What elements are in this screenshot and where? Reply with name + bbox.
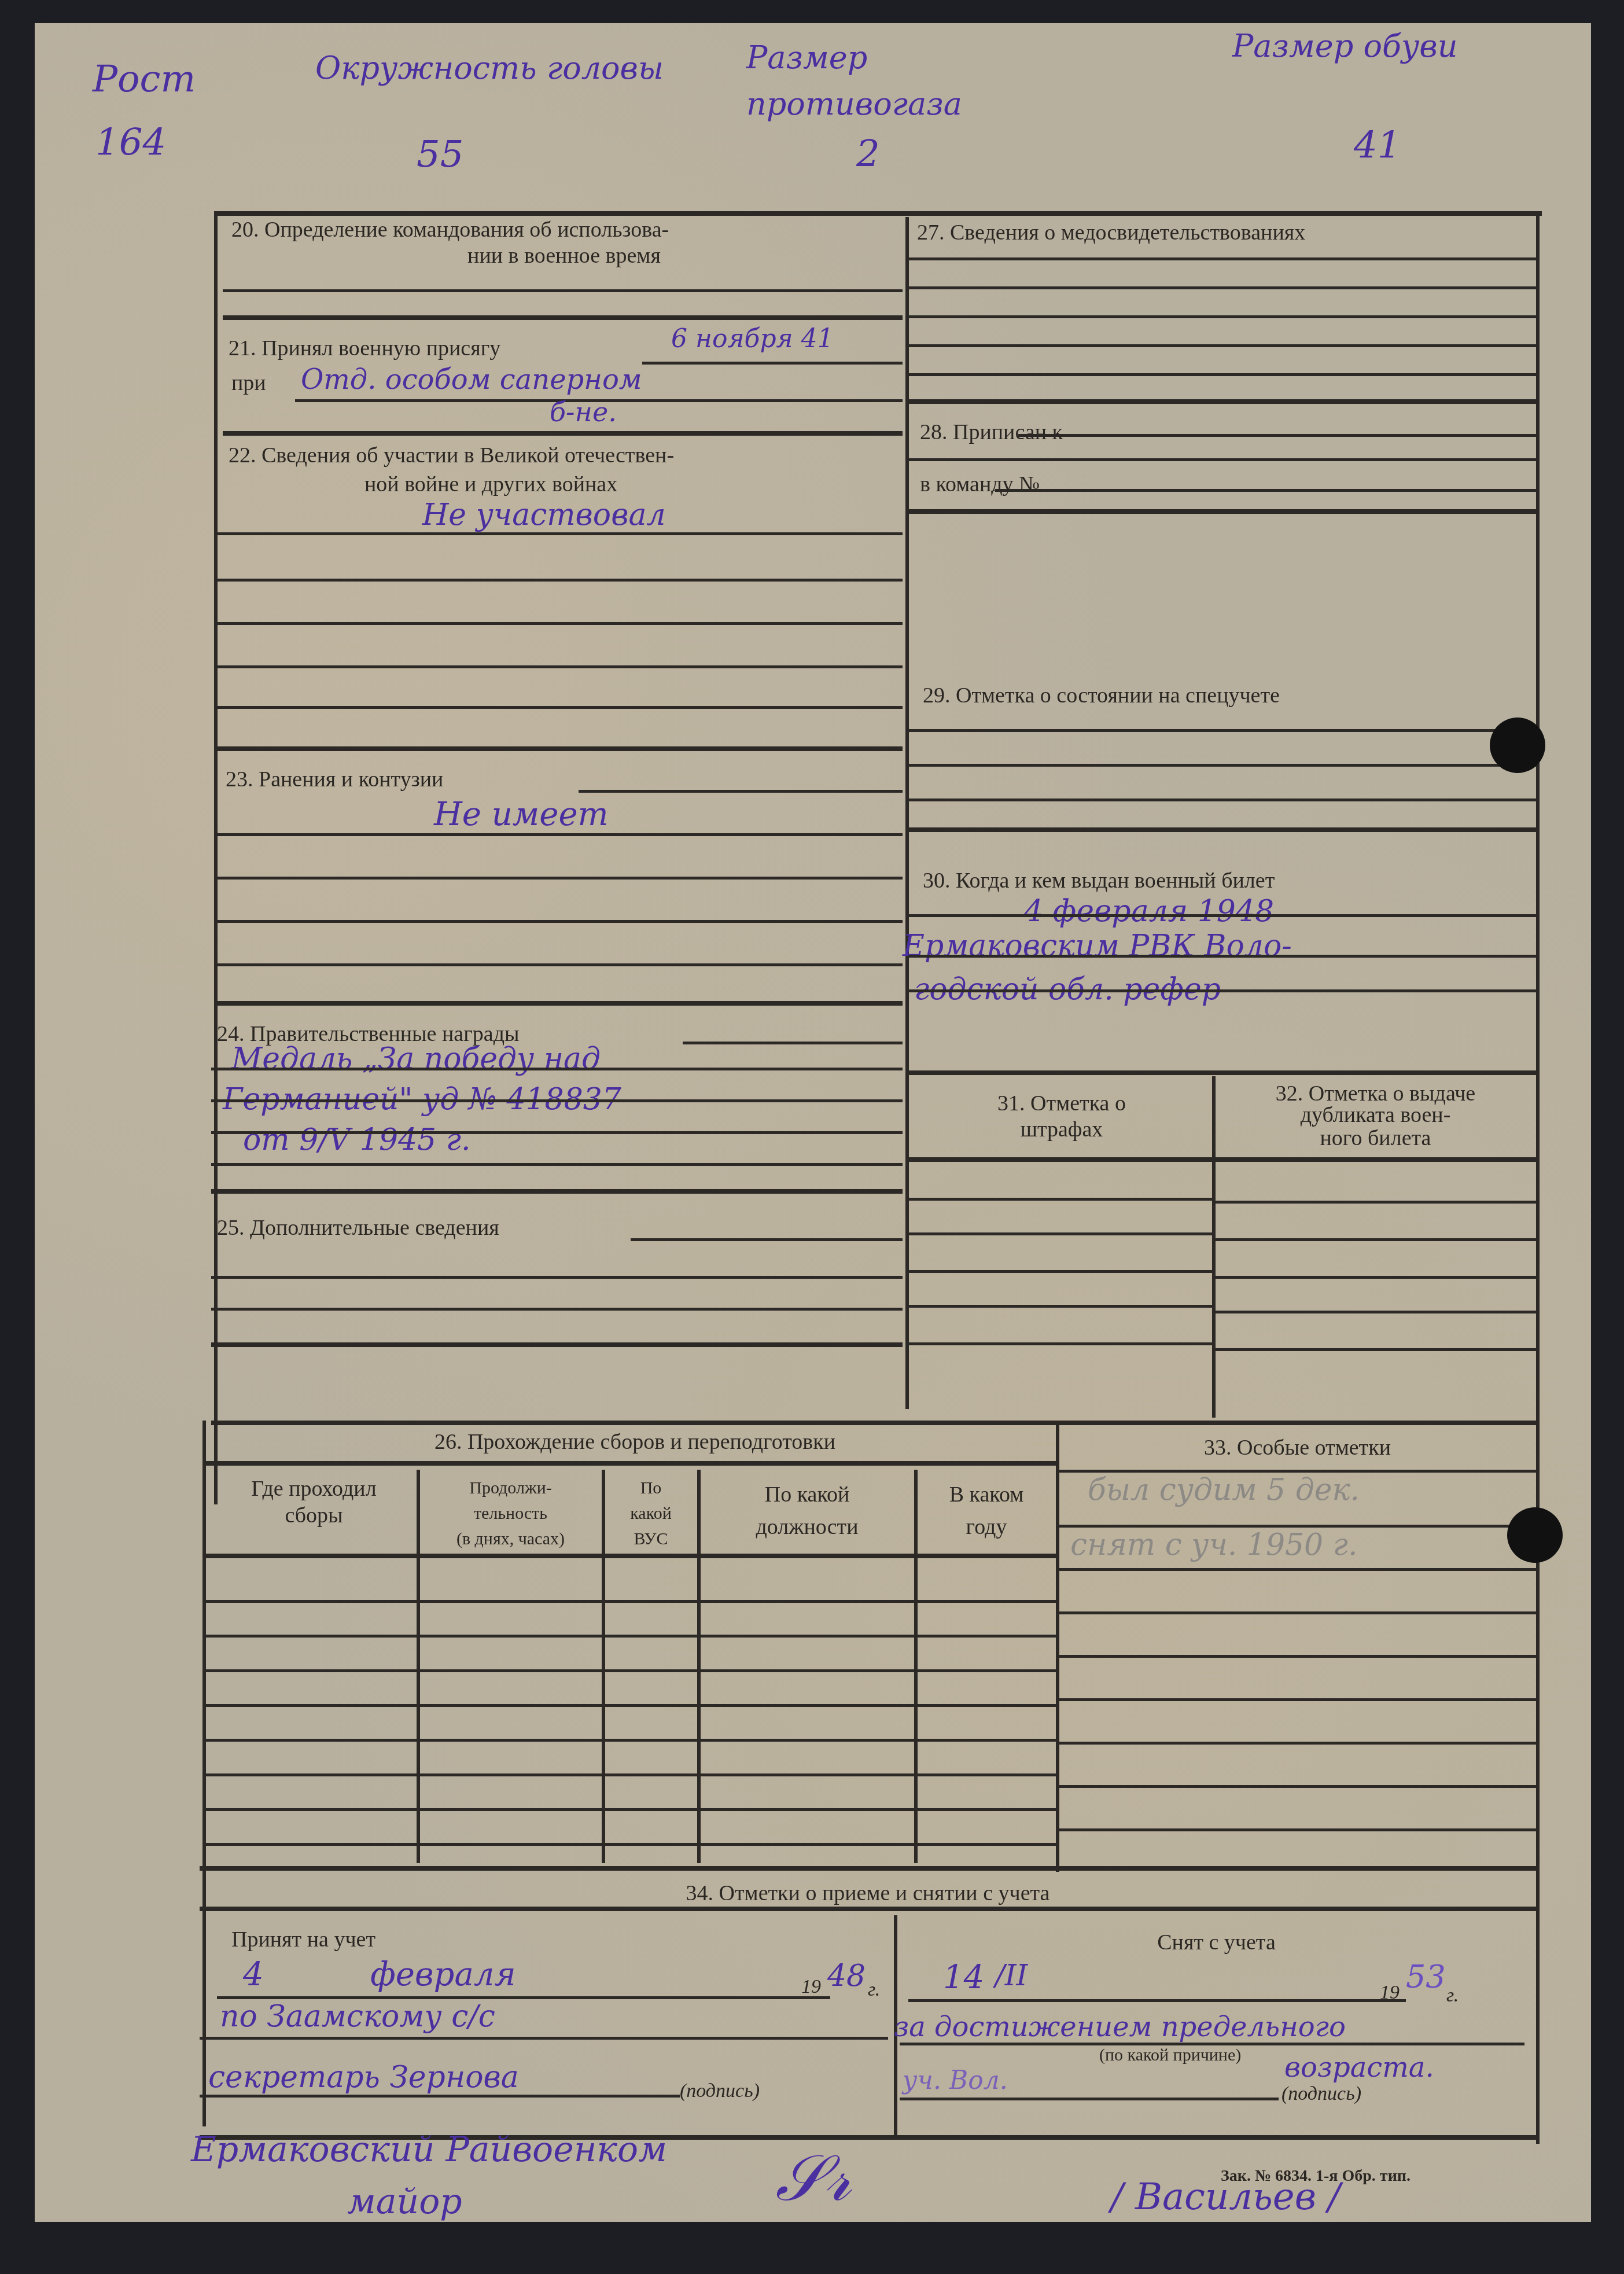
section-34-label: 34. Отметки о приеме и снятии с учета: [200, 1881, 1536, 1906]
accepted-year-suffix: г.: [868, 1979, 880, 2001]
awards-value-1: Медаль „За победу над: [231, 1042, 601, 1076]
accepted-month: февраля: [370, 1956, 516, 1993]
command-number-label: в команду №: [920, 472, 1040, 497]
punch-hole: [1490, 717, 1545, 773]
issuing-office: Ермаковским РВК Воло-: [903, 929, 1292, 963]
col-position-header: По какойдолжности: [700, 1478, 914, 1543]
removed-label: Снят с учета: [900, 1930, 1533, 1955]
col-vus-header: ПокакойВУС: [605, 1475, 697, 1552]
special-notes-line-1: был судим 5 дек.: [1088, 1473, 1360, 1507]
shoe-size-value: 41: [1354, 124, 1401, 167]
accepted-day: 4: [243, 1956, 264, 1993]
accepted-label: Принят на учет: [231, 1927, 375, 1952]
col-where-header: Где проходилсборы: [211, 1475, 417, 1529]
special-notes-line-2: снят с уч. 1950 г.: [1070, 1528, 1358, 1562]
removed-day: 14: [943, 1959, 984, 1996]
awards-value-3: от 9/V 1945 г.: [243, 1123, 471, 1157]
removal-reason: за достижением предельного: [894, 2011, 1346, 2043]
oath-unit-cont: б-не.: [550, 396, 617, 428]
printer-imprint: Зак. № 6834. 1-я Обр. тип.: [1221, 2167, 1411, 2185]
accepted-year-prefix: 19: [801, 1976, 821, 1998]
section-20-label-cont: нии в военное время: [231, 243, 897, 268]
officer-rank: майор: [347, 2181, 462, 2222]
col-year-header: В какомгоду: [917, 1478, 1056, 1543]
height-value: 164: [95, 122, 166, 164]
section-31-label: 31. Отметка о: [911, 1091, 1212, 1116]
section-30-label: 30. Когда и кем выдан военный билет: [923, 868, 1275, 893]
section-23-label: 23. Ранения и контузии: [226, 767, 443, 792]
accepted-signer: секретарь Зернова: [208, 2060, 519, 2095]
removed-month: /II: [995, 1959, 1028, 1992]
military-office: Ермаковский Райвоенком: [191, 2129, 667, 2170]
removed-signer: уч. Вол.: [903, 2066, 1008, 2095]
gas-mask-size-label: Размер противогаза: [746, 35, 1024, 127]
removed-year-prefix: 19: [1380, 1982, 1400, 2004]
oath-date: 6 ноября 41: [671, 324, 834, 354]
section-27-label: 27. Сведения о медосвидетельствованиях: [917, 220, 1305, 245]
punch-hole: [1507, 1507, 1563, 1563]
head-circumference-value: 55: [417, 133, 463, 176]
removed-signature-label: (подпись): [1281, 2083, 1361, 2105]
removal-reason-cont: возраста.: [1284, 2051, 1434, 2084]
oath-unit: Отд. особом саперном: [301, 363, 642, 396]
accepted-place: по Заамскому с/с: [220, 1999, 495, 2034]
section-26-label: 26. Прохождение сборов и переподготовки: [211, 1429, 1059, 1455]
section-32-label-cont: дубликата воен-: [1218, 1102, 1533, 1128]
section-21-label: 21. Принял военную присягу: [229, 336, 500, 361]
section-29-label: 29. Отметка о состоянии на спецучете: [923, 683, 1280, 708]
head-circumference-label: Окружность головы: [315, 49, 674, 87]
removed-year: 53: [1406, 1959, 1446, 1995]
removal-reason-label: (по какой причине): [1099, 2045, 1241, 2065]
section-20-label: 20. Определение командования об использо…: [231, 217, 669, 242]
gas-mask-size-value: 2: [856, 133, 880, 176]
shoe-size-label: Размер обуви: [1232, 23, 1464, 69]
oath-at-label: при: [231, 370, 266, 396]
col-duration-header: Продолжи-тельность(в днях, часах): [419, 1475, 602, 1552]
section-33-label: 33. Особые отметки: [1059, 1435, 1536, 1460]
removed-year-suffix: г.: [1446, 1985, 1459, 2007]
war-participation-value: Не участвовал: [422, 498, 666, 532]
section-32-label-cont2: ного билета: [1218, 1125, 1533, 1151]
issue-date: 4 февраля 1948: [1024, 894, 1274, 929]
height-label: Рост: [93, 58, 196, 101]
wounds-value: Не имеет: [434, 796, 609, 833]
officer-signature: 𝒮𝓇: [775, 2141, 851, 2216]
section-22-label: 22. Сведения об участии в Великой отечес…: [229, 443, 674, 468]
section-25-label: 25. Дополнительные сведения: [217, 1215, 499, 1241]
accepted-signature-label: (подпись): [680, 2080, 760, 2102]
section-31-label-cont: штрафах: [911, 1117, 1212, 1142]
section-28-label: 28. Приписан к: [920, 420, 1063, 445]
section-22-label-cont: ной войне и других войнах: [364, 472, 617, 497]
accepted-year: 48: [827, 1959, 866, 1993]
